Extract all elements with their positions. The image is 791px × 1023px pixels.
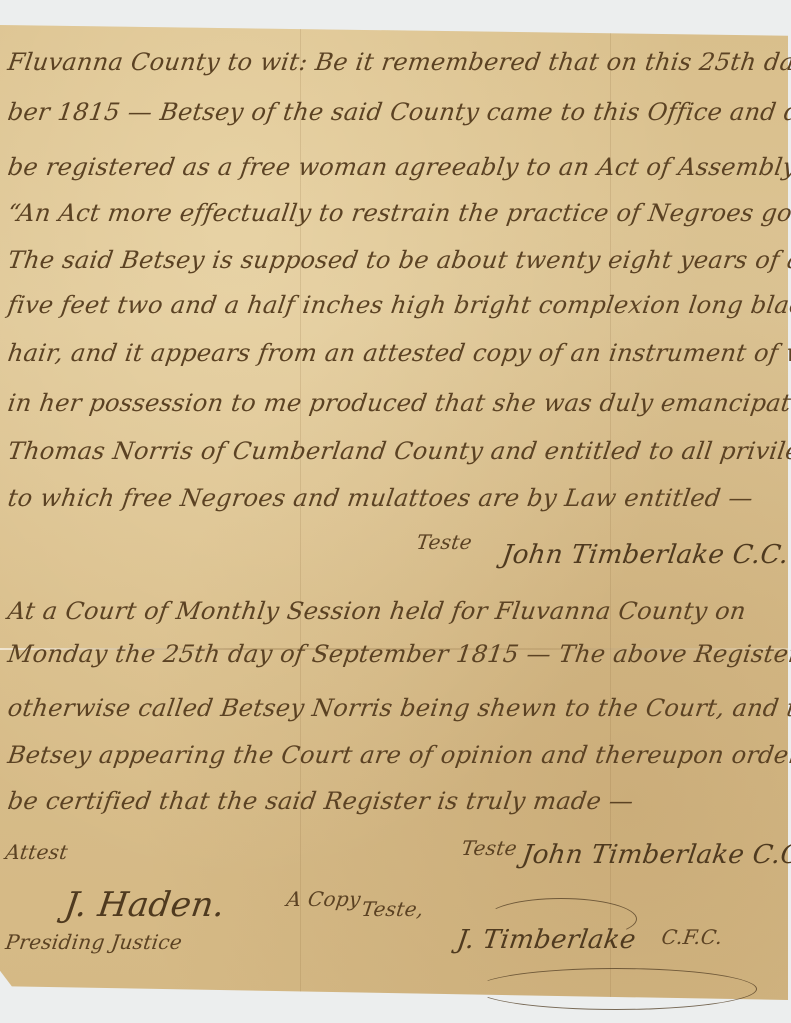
court-order-line: Monday the 25th day of September 1815 — … [6, 640, 791, 668]
register-line: The said Betsey is supposed to be about … [6, 246, 791, 274]
register-line: Thomas Norris of Cumberland County and e… [6, 437, 791, 465]
court-order-line: Betsey appearing the Court are of opinio… [6, 741, 791, 769]
court-order-line: be certified that the said Register is t… [6, 787, 635, 815]
copy-label: A Copy [285, 887, 362, 911]
register-line: Fluvanna County to wit: Be it remembered… [6, 48, 791, 76]
clerk-signature: John Timberlake C.C. [500, 540, 791, 570]
register-line: five feet two and a half inches high bri… [6, 291, 791, 319]
register-line: to which free Negroes and mulattoes are … [6, 484, 755, 512]
register-line: ber 1815 — Betsey of the said County cam… [6, 98, 791, 126]
copy-signature-title: C.F.C. [660, 925, 724, 949]
register-line: hair, and it appears from an attested co… [6, 339, 791, 367]
register-line: “An Act more effectually to restrain the… [6, 199, 791, 227]
signature-flourish [475, 968, 757, 1010]
attest-label: Attest [4, 840, 69, 864]
signature-flourish [485, 898, 637, 940]
register-line: in her possession to me produced that sh… [6, 389, 791, 417]
register-line: be registered as a free woman agreeably … [6, 153, 791, 181]
justice-title: Presiding Justice [4, 930, 184, 954]
teste-label: Teste [460, 836, 519, 860]
justice-signature: J. Haden. [62, 885, 227, 925]
teste-label: Teste [415, 530, 474, 554]
court-order-line: otherwise called Betsey Norris being she… [6, 694, 791, 722]
copy-teste-label: Teste, [360, 897, 425, 921]
clerk-signature: John Timberlake C.C. [520, 840, 791, 870]
court-order-line: At a Court of Monthly Session held for F… [6, 597, 748, 625]
